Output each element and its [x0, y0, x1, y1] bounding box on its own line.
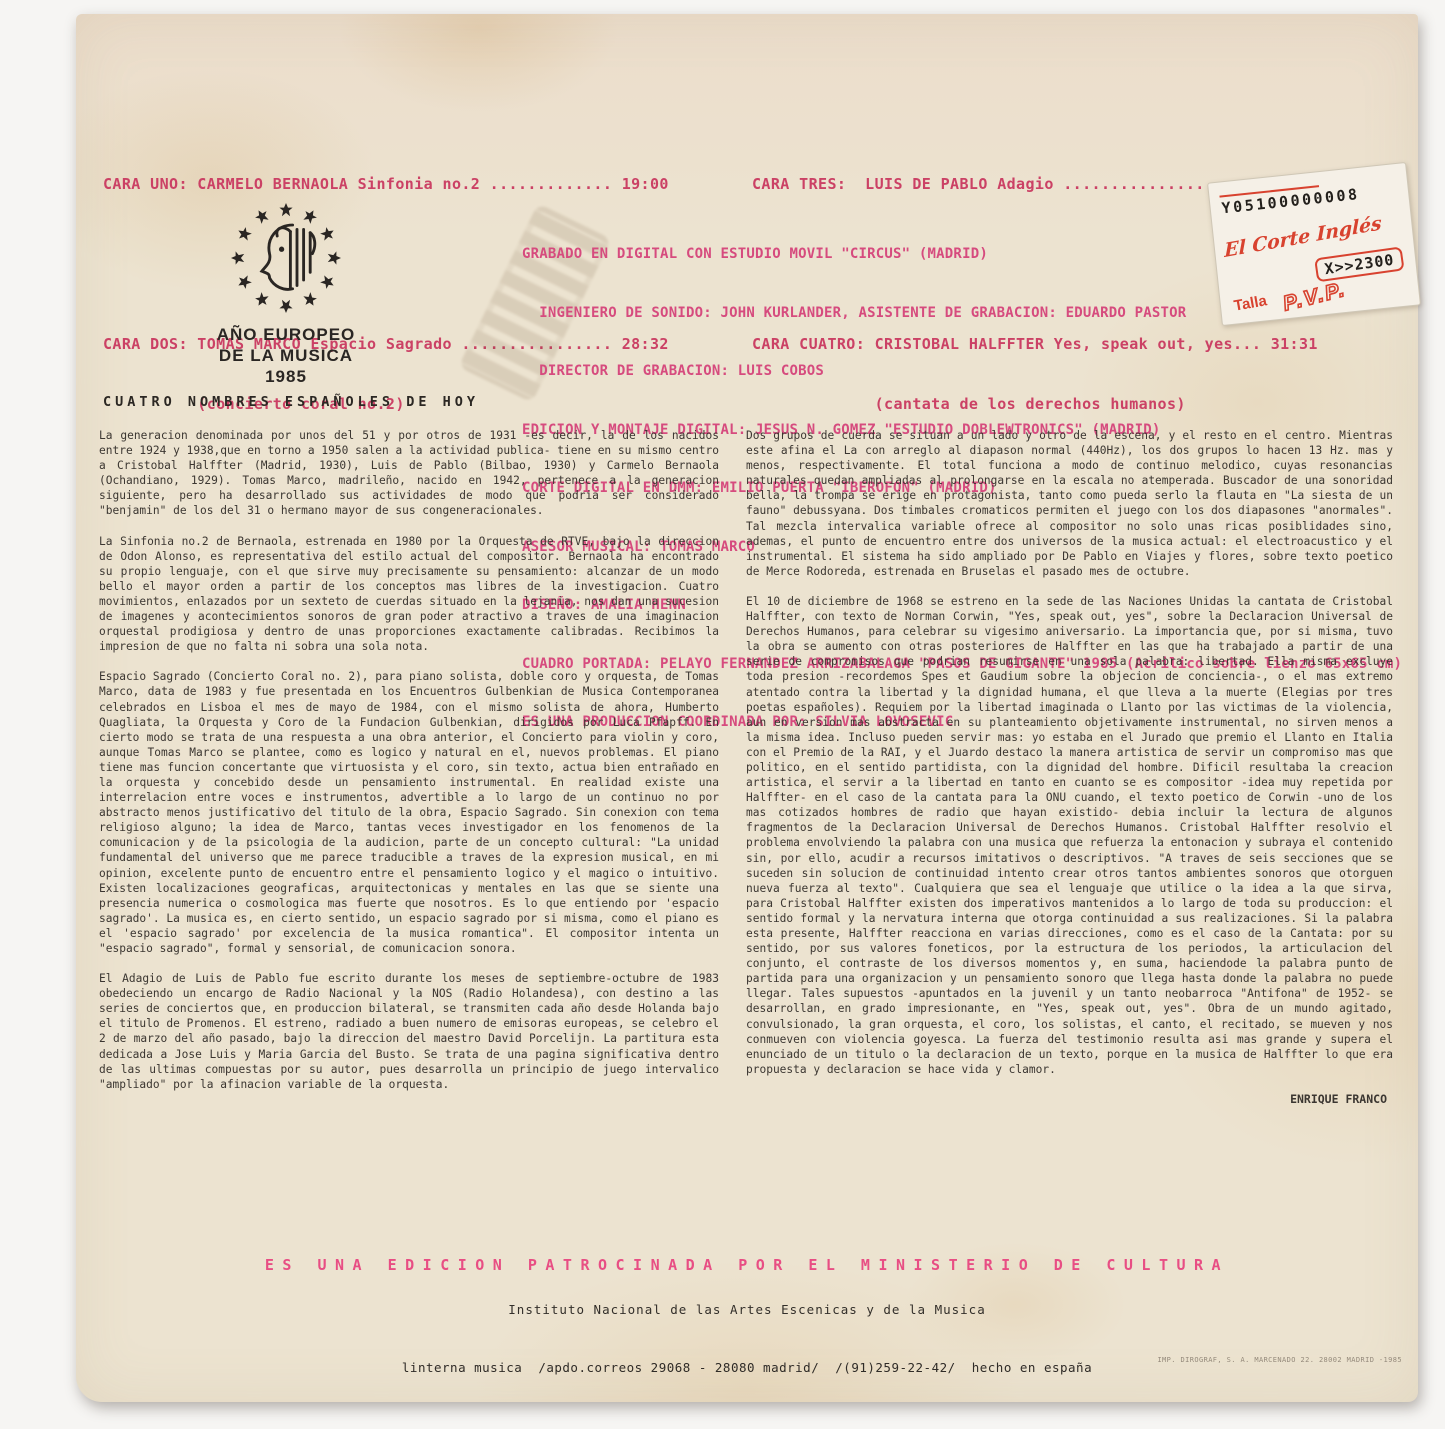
paragraph: La generacion denominada por unos del 51… — [99, 428, 719, 519]
instituto-line: Instituto Nacional de las Artes Escenica… — [76, 1302, 1418, 1317]
article-headline: CUATRO NOMBRES ESPAÑOLES DE HOY — [103, 394, 479, 410]
sticker-talla-label: Talla — [1233, 292, 1269, 314]
paragraph: La Sinfonia no.2 de Bernaola, estrenada … — [99, 534, 719, 655]
liner-notes-left-column: La generacion denominada por unos del 51… — [99, 428, 719, 1107]
liner-notes: La generacion denominada por unos del 51… — [99, 428, 1393, 1107]
track-line: CARA UNO: CARMELO BERNAOLA Sinfonia no.2… — [103, 174, 669, 194]
price-sticker: Y05100000008 El Corte Inglés X>>2300 Tal… — [1207, 162, 1421, 326]
paragraph: El 10 de diciembre de 1968 se estreno en… — [746, 594, 1393, 1077]
logo-text-line2: DE LA MUSICA — [176, 345, 396, 366]
paragraph: Espacio Sagrado (Concierto Coral no. 2),… — [99, 669, 719, 956]
stars-circle-emblem — [220, 192, 352, 324]
liner-notes-right-column: Dos grupos de cuerda se situan a un lado… — [746, 428, 1393, 1107]
european-music-year-logo: AÑO EUROPEO DE LA MUSICA 1985 — [176, 192, 396, 387]
album-back-cover: CARA UNO: CARMELO BERNAOLA Sinfonia no.2… — [76, 14, 1418, 1402]
face-lyre-glyph — [262, 225, 315, 289]
logo-text-line3: 1985 — [176, 366, 396, 387]
star-ring — [231, 203, 341, 313]
ministry-sponsor-line: ES UNA EDICION PATROCINADA POR EL MINIST… — [76, 1256, 1418, 1274]
paragraph: Dos grupos de cuerda se situan a un lado… — [746, 428, 1393, 579]
paragraph: El Adagio de Luis de Pablo fue escrito d… — [99, 971, 719, 1092]
sticker-pvp-label: P.V.P. — [1281, 278, 1349, 317]
credit-line: DIRECTOR DE GRABACION: LUIS COBOS — [522, 362, 1402, 382]
printer-credit: IMP. DIROGRAF, S. A. MARCENADO 22. 28002… — [1157, 1356, 1402, 1364]
sticker-price-code: X>>2300 — [1314, 246, 1405, 282]
author-signature: ENRIQUE FRANCO — [746, 1092, 1393, 1107]
logo-text-line1: AÑO EUROPEO — [176, 324, 396, 345]
scan-background: CARA UNO: CARMELO BERNAOLA Sinfonia no.2… — [0, 0, 1445, 1429]
